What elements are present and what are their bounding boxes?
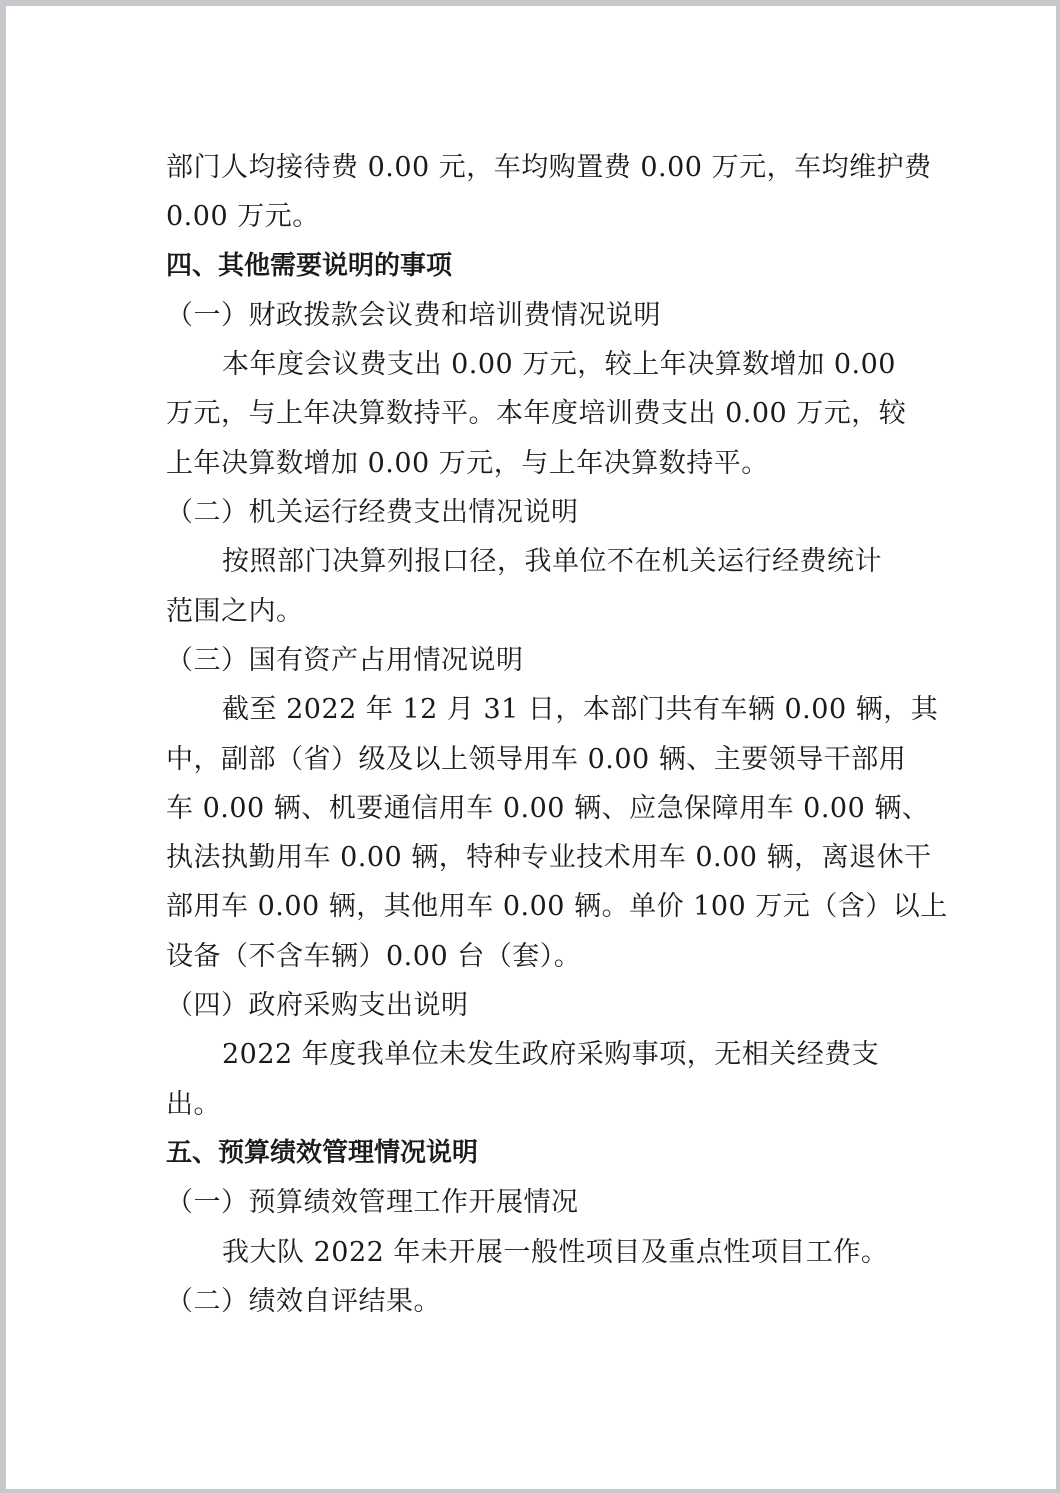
subsection-heading-performance-work: （一）预算绩效管理工作开展情况 (166, 1178, 902, 1227)
paragraph-line: 0.00 万元。 (166, 192, 902, 241)
paragraph-line: 我大队 2022 年未开展一般性项目及重点性项目工作。 (166, 1228, 902, 1277)
subsection-heading-meeting-training: （一）财政拨款会议费和培训费情况说明 (166, 291, 902, 340)
section-heading-4: 四、其他需要说明的事项 (166, 242, 902, 291)
subsection-heading-procurement: （四）政府采购支出说明 (166, 981, 902, 1030)
paragraph-line: 部门人均接待费 0.00 元，车均购置费 0.00 万元，车均维护费 (166, 143, 902, 192)
document-page: 部门人均接待费 0.00 元，车均购置费 0.00 万元，车均维护费 0.00 … (6, 6, 1056, 1489)
paragraph-line: 部用车 0.00 辆，其他用车 0.00 辆。单价 100 万元（含）以上 (166, 882, 902, 931)
paragraph-line: 上年决算数增加 0.00 万元，与上年决算数持平。 (166, 439, 902, 488)
document-body: 部门人均接待费 0.00 元，车均购置费 0.00 万元，车均维护费 0.00 … (166, 143, 902, 1326)
paragraph-line: 截至 2022 年 12 月 31 日，本部门共有车辆 0.00 辆，其 (166, 685, 902, 734)
section-heading-5: 五、预算绩效管理情况说明 (166, 1129, 902, 1178)
paragraph-line: 本年度会议费支出 0.00 万元，较上年决算数增加 0.00 (166, 340, 902, 389)
paragraph-line: 设备（不含车辆）0.00 台（套）。 (166, 932, 902, 981)
subsection-heading-state-assets: （三）国有资产占用情况说明 (166, 636, 902, 685)
subsection-heading-self-evaluation: （二）绩效自评结果。 (166, 1277, 902, 1326)
paragraph-line: 中，副部（省）级及以上领导用车 0.00 辆、主要领导干部用 (166, 735, 902, 784)
paragraph-line: 执法执勤用车 0.00 辆，特种专业技术用车 0.00 辆，离退休干 (166, 833, 902, 882)
paragraph-line: 出。 (166, 1080, 902, 1129)
paragraph-line: 万元，与上年决算数持平。本年度培训费支出 0.00 万元，较 (166, 389, 902, 438)
subsection-heading-operating-expenses: （二）机关运行经费支出情况说明 (166, 488, 902, 537)
paragraph-line: 范围之内。 (166, 587, 902, 636)
paragraph-line: 2022 年度我单位未发生政府采购事项，无相关经费支 (166, 1030, 902, 1079)
paragraph-line: 车 0.00 辆、机要通信用车 0.00 辆、应急保障用车 0.00 辆、 (166, 784, 902, 833)
paragraph-line: 按照部门决算列报口径，我单位不在机关运行经费统计 (166, 537, 902, 586)
